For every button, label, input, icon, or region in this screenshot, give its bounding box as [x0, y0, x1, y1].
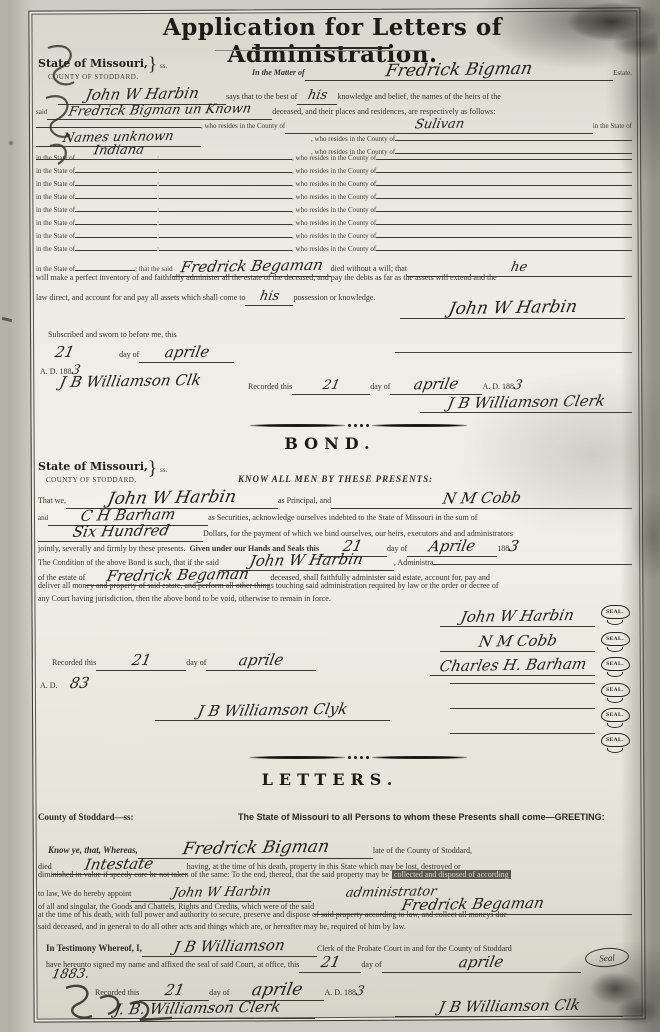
letters-county-ss: County of Stoddard—ss: [38, 812, 134, 822]
bond-clerk-signature: J B Williamson Clyk [155, 702, 390, 721]
bond-signature-row [450, 683, 595, 684]
deliver-line: deliver all money and property of said e… [38, 581, 632, 590]
clerk-attest-signature: J B Williamson Clk [60, 374, 230, 389]
sworn-date-line: 21 day of aprile [55, 344, 234, 363]
bond-ad-year-handwriting: 83 [68, 676, 90, 691]
bond-signature-row: John W Harbin [440, 608, 595, 627]
subscribed-line: Subscribed and sworn to before me, this [48, 330, 177, 339]
diminished-line: diminished in value if speedy care be no… [38, 870, 632, 879]
application-ss-label: ss. [160, 62, 167, 70]
bond-signature-handwriting: Charles H. Barham [438, 657, 587, 675]
affixed-day-handwriting: 21 [319, 955, 341, 970]
seal-stamp: SEAL. [599, 600, 631, 625]
seal-label: SEAL. [601, 708, 630, 722]
smudged-text: collected and disposed of according [392, 870, 511, 879]
heir-row: in the State of:, who resides in the Cou… [36, 232, 632, 240]
heir-row: in the State of:, who resides in the Cou… [36, 206, 632, 214]
recorded-month-handwriting: aprile [413, 377, 460, 393]
estate-label: Estate. [613, 69, 632, 77]
seal-label: SEAL. [601, 605, 630, 619]
bond-brace: } [148, 458, 157, 480]
sworn-month-handwriting: aprile [163, 345, 210, 361]
seal-stamp: SEAL. [599, 728, 631, 753]
scanned-document-page: Application for Letters of Administratio… [0, 0, 660, 1032]
heir-row: in the State of:, who resides in the Cou… [36, 154, 632, 162]
scan-speck [8, 140, 14, 146]
inventory-paragraph-line1: will make a perfect inventory of and fai… [36, 273, 632, 282]
seal-stamp: SEAL. [599, 652, 631, 677]
letters-year-handwriting: 1883. [51, 968, 91, 982]
in-matter-slot: Fredrick Bigman [305, 62, 613, 81]
bond-ad-line: A. D. 83 [40, 676, 89, 691]
sworn-day-handwriting: 21 [54, 345, 76, 360]
death-powers-line: at the time of his death, with full powe… [38, 910, 632, 919]
bond-state-label: State of Missouri, [38, 460, 148, 473]
clerk-signature-block: J B Williamson Clerk [420, 394, 632, 413]
seal-label: SEAL. [601, 632, 630, 646]
title-underline [252, 47, 390, 49]
bond-recorded-day-handwriting: 21 [130, 653, 152, 668]
letters-greeting: The State of Missouri to all Persons to … [238, 812, 605, 822]
surety1-handwriting: N M Cobb [441, 490, 522, 506]
seal-stamp: SEAL. [599, 678, 631, 703]
application-brace: } [148, 54, 157, 76]
bond-recorded-line: Recorded this 21 day of aprile [52, 652, 382, 671]
heir-row: in the State of:, who resides in the Cou… [36, 193, 632, 201]
divider-ornament [250, 756, 467, 759]
affiant-signature-handwriting: John W Harbin [447, 299, 578, 318]
general-acts-line: said deceased, and in general to do all … [38, 922, 632, 931]
letters-clerk-signature-right: J B Williamson Clk [395, 998, 623, 1017]
heir-row: in the State of:, who resides in the Cou… [36, 180, 632, 188]
bond-signature-row: N M Cobb [440, 633, 595, 652]
decedent-name-handwriting: Fredrick Bigman [384, 61, 534, 81]
bond-signature-row [450, 708, 595, 709]
seal-stamp: SEAL. [599, 627, 631, 652]
seal-label: SEAL. [601, 733, 630, 747]
bond-recorded-month-handwriting: aprile [238, 653, 285, 669]
letters-clerk-signature-left: J. B. Williamson Clerk [80, 1000, 315, 1019]
scan-speck [2, 317, 12, 322]
seal-stamp: SEAL. [599, 703, 631, 728]
recorded-day-handwriting: 21 [322, 379, 341, 392]
letters-recorded-year-handwriting: 3 [355, 985, 366, 998]
divider-ornament [250, 424, 467, 427]
seal-label: SEAL. [601, 657, 630, 671]
affixed-seal-line: have hereunto signed my name and affixed… [46, 954, 581, 973]
blank-rule [395, 352, 632, 353]
bond-signature-row: Charles H. Barham [430, 657, 595, 676]
in-matter-label: In the Matter of [252, 68, 305, 77]
title-underline-faint [215, 50, 430, 51]
recorded-year-handwriting: 3 [513, 379, 524, 392]
bond-heading: BOND. [150, 434, 510, 453]
court-seal-label: Seal [599, 952, 615, 963]
heir-row: in the State of:, who resides in the Cou… [36, 167, 632, 175]
application-state-label: State of Missouri, [38, 57, 148, 70]
court-line: any Court having jurisdiction, then the … [38, 594, 632, 603]
letters-recorded-day-handwriting: 21 [163, 983, 185, 998]
bond-signature-handwriting: N M Cobb [477, 633, 558, 649]
affixed-month-handwriting: aprile [458, 955, 505, 971]
in-matter-line: In the Matter of Fredrick Bigman Estate. [252, 62, 632, 81]
testimony-clerk-handwriting: J B Williamson [173, 938, 287, 955]
seal-label: SEAL. [601, 683, 630, 697]
bond-ss-label: ss. [160, 466, 167, 474]
letters-heading: LETTERS. [150, 770, 510, 789]
letters-year-line: 1883. [52, 968, 89, 981]
heir-row: in the State of:, who resides in the Cou… [36, 219, 632, 227]
know-all-men-line: KNOW ALL MEN BY THESE PRESENTS: [238, 474, 433, 484]
bond-county-label: COUNTY OF STODDARD, [46, 476, 137, 484]
application-county-label: COUNTY OF STODDARD. [48, 73, 139, 81]
heir-row: in the State of:, who resides in the Cou… [36, 245, 632, 253]
bond-signature-row [450, 733, 595, 734]
affiant-signature-block: John W Harbin [400, 300, 625, 319]
bond-signature-handwriting: John W Harbin [460, 608, 576, 625]
